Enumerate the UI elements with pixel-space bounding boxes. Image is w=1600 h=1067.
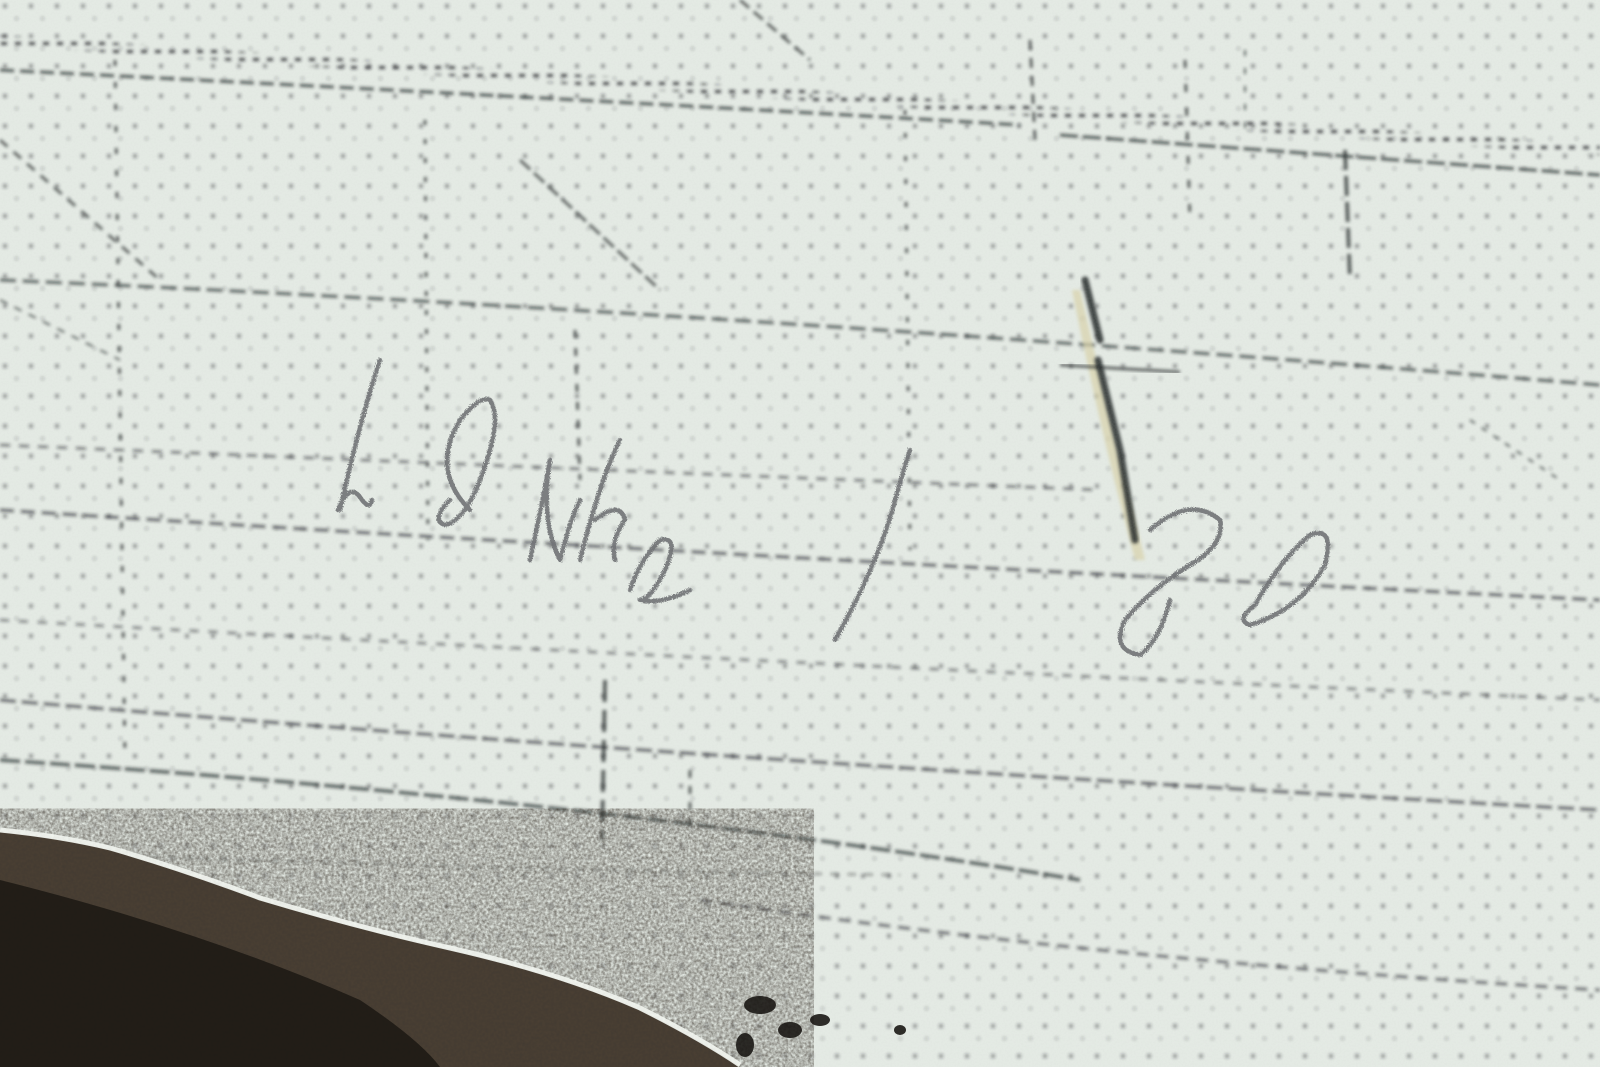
painting-closeup: L. Ohkel 80 xyxy=(0,0,1600,1067)
painting-texture xyxy=(0,0,1600,1067)
